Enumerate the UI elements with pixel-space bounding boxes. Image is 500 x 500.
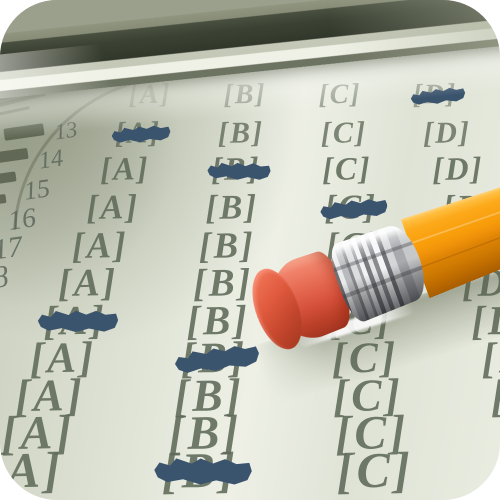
answer-cell: [C] (320, 115, 367, 151)
answer-cell: [D] (490, 368, 500, 423)
answer-cell: [B] (204, 187, 258, 227)
answer-sheet-illustration: [A][B][C][D]13[A][B][C][D]14[A][B][C][D]… (0, 0, 500, 500)
answer-cell: [A] (100, 151, 151, 189)
app-icon-canvas: [A][B][C][D]13[A][B][C][D]14[A][B][C][D]… (0, 0, 500, 500)
answer-cell: [C] (322, 151, 373, 189)
answer-cell: [B] (217, 115, 264, 151)
answer-cell: [C] (336, 440, 414, 500)
answer-cell: [D] (422, 114, 471, 150)
answer-cell: [A] (85, 187, 139, 227)
row-number: 14 (37, 144, 65, 175)
answer-cell: [A] (0, 440, 64, 500)
answer-cell: [D] (432, 151, 485, 189)
